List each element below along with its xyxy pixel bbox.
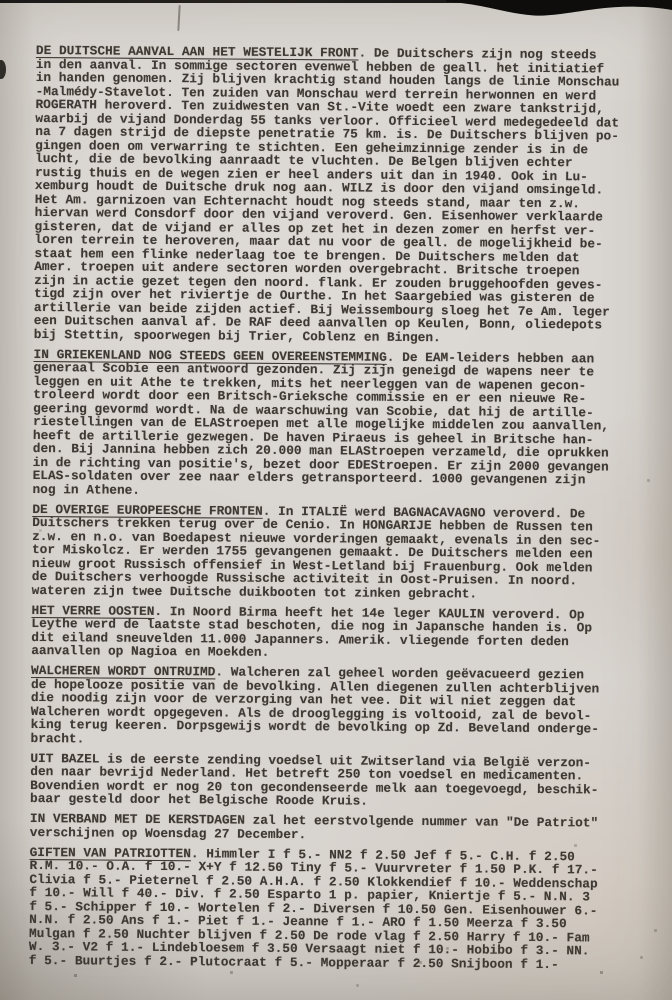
section-walcheren: WALCHEREN WORDT ONTRUIMD. Walcheren zal … bbox=[30, 664, 637, 750]
section-westelijk-front: DE DUITSCHE AANVAL AAN HET WESTELIJK FRO… bbox=[34, 44, 642, 346]
section-giften-van-patriotten: GIFTEN VAN PATRIOTTEN. Himmler I f 5.- N… bbox=[29, 845, 636, 971]
section-overige-fronten: DE OVERIGE EUROPEESCHE FRONTEN. In ITALI… bbox=[32, 502, 639, 601]
typewritten-news-bulletin-photo: DE DUITSCHE AANVAL AAN HET WESTELIJK FRO… bbox=[0, 0, 672, 1000]
section-kerstdagen: IN VERBAND MET DE KERSTDAGEN zal het eer… bbox=[30, 812, 636, 844]
section-body: . De EAM-leiders hebben aan generaal Sco… bbox=[32, 349, 609, 497]
section-body: . De Duitschers zijn nog steeds in den a… bbox=[34, 46, 620, 345]
section-body: . Himmler I f 5.- NN2 f 2.50 Jef f 5.- C… bbox=[29, 846, 598, 972]
section-body: is de eerste zending voedsel uit Zwitser… bbox=[30, 751, 598, 809]
photo-torn-corner-shadow bbox=[0, 0, 672, 30]
section-body: . In ITALIË werd BAGNACAVAGNO veroverd. … bbox=[32, 503, 601, 601]
section-body: . Walcheren zal geheel worden geëvacueer… bbox=[30, 664, 599, 745]
section-griekenland: IN GRIEKENLAND NOG STEEDS GEEN OVEREENST… bbox=[32, 347, 639, 500]
section-verre-oosten: HET VERRE OOSTEN. In Noord Birma heeft h… bbox=[31, 603, 637, 662]
photo-left-notch bbox=[0, 60, 6, 79]
section-uit-bazel: UIT BAZEL is de eerste zending voedsel u… bbox=[30, 751, 636, 810]
paper-dust-specks bbox=[0, 0, 1, 1]
document-page: DE DUITSCHE AANVAL AAN HET WESTELIJK FRO… bbox=[29, 44, 642, 978]
